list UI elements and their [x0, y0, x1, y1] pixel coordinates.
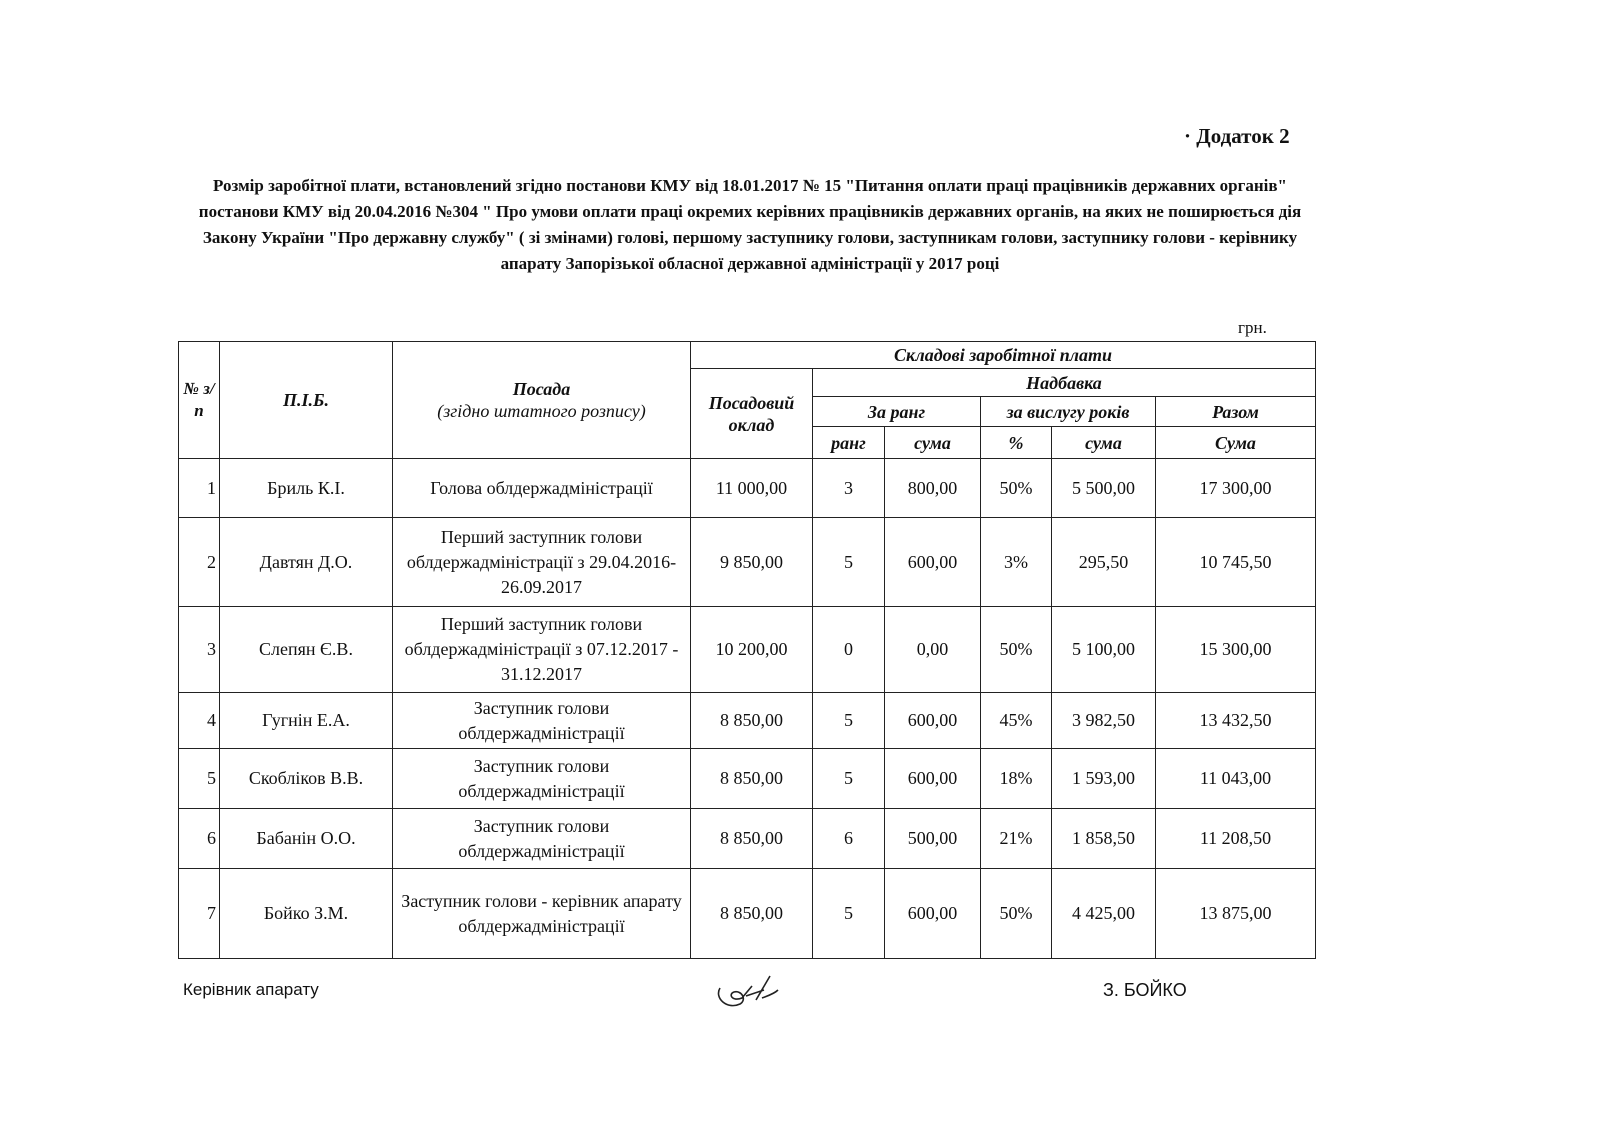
row-rank: 5 — [813, 869, 885, 959]
table-row: 5Скобліков В.В.Заступник голови облдержа… — [179, 749, 1316, 809]
header-rank: ранг — [813, 427, 885, 459]
row-rank: 5 — [813, 518, 885, 607]
row-base-salary: 11 000,00 — [691, 459, 813, 518]
row-base-salary: 9 850,00 — [691, 518, 813, 607]
document-title: Розмір заробітної плати, встановлений зг… — [180, 173, 1320, 277]
row-position: Заступник голови облдержадміністрації — [393, 749, 691, 809]
row-seniority-percent: 21% — [981, 809, 1052, 869]
header-position-subtitle: (згідно штатного розпису) — [396, 400, 687, 422]
row-rank: 5 — [813, 749, 885, 809]
table-row: 6Бабанін О.О.Заступник голови облдержадм… — [179, 809, 1316, 869]
row-rank-sum: 600,00 — [885, 693, 981, 749]
header-rank-sum: сума — [885, 427, 981, 459]
row-rank-sum: 600,00 — [885, 518, 981, 607]
row-seniority-sum: 1 593,00 — [1052, 749, 1156, 809]
row-seniority-sum: 5 500,00 — [1052, 459, 1156, 518]
row-seniority-percent: 50% — [981, 607, 1052, 693]
row-seniority-sum: 4 425,00 — [1052, 869, 1156, 959]
row-position: Заступник голови - керівник апарату облд… — [393, 869, 691, 959]
footer-position: Керівник апарату — [183, 980, 319, 1000]
row-rank: 0 — [813, 607, 885, 693]
signature-icon — [712, 968, 792, 1023]
row-rank-sum: 800,00 — [885, 459, 981, 518]
row-seniority-percent: 45% — [981, 693, 1052, 749]
row-name: Гугнін Е.А. — [220, 693, 393, 749]
row-seniority-sum: 295,50 — [1052, 518, 1156, 607]
row-name: Бабанін О.О. — [220, 809, 393, 869]
currency-unit: грн. — [1238, 318, 1267, 338]
row-num: 2 — [179, 518, 220, 607]
row-name: Бойко З.М. — [220, 869, 393, 959]
row-total: 13 432,50 — [1156, 693, 1316, 749]
row-position: Голова облдержадміністрації — [393, 459, 691, 518]
header-components: Складові заробітної плати — [691, 342, 1316, 369]
row-total: 17 300,00 — [1156, 459, 1316, 518]
row-name: Слепян Є.В. — [220, 607, 393, 693]
header-total-group: Разом — [1156, 397, 1316, 427]
row-rank-sum: 500,00 — [885, 809, 981, 869]
row-seniority-percent: 18% — [981, 749, 1052, 809]
table-row: 4Гугнін Е.А.Заступник голови облдержадмі… — [179, 693, 1316, 749]
header-base-salary: Посадовий оклад — [691, 369, 813, 459]
row-rank-sum: 600,00 — [885, 869, 981, 959]
row-position: Перший заступник голови облдержадміністр… — [393, 518, 691, 607]
header-seniority-group: за вислугу років — [981, 397, 1156, 427]
row-total: 11 043,00 — [1156, 749, 1316, 809]
row-num: 5 — [179, 749, 220, 809]
row-seniority-sum: 3 982,50 — [1052, 693, 1156, 749]
header-position-title: Посада — [396, 378, 687, 400]
row-total: 10 745,50 — [1156, 518, 1316, 607]
row-total: 15 300,00 — [1156, 607, 1316, 693]
salary-table: № з/п П.І.Б. Посада (згідно штатного роз… — [178, 341, 1316, 959]
row-num: 6 — [179, 809, 220, 869]
row-base-salary: 8 850,00 — [691, 749, 813, 809]
row-rank: 6 — [813, 809, 885, 869]
header-percent: % — [981, 427, 1052, 459]
row-seniority-percent: 50% — [981, 459, 1052, 518]
row-base-salary: 8 850,00 — [691, 869, 813, 959]
row-base-salary: 8 850,00 — [691, 809, 813, 869]
row-rank: 3 — [813, 459, 885, 518]
row-position: Заступник голови облдержадміністрації — [393, 693, 691, 749]
header-bonus: Надбавка — [813, 369, 1316, 397]
header-position: Посада (згідно штатного розпису) — [393, 342, 691, 459]
table-row: 2Давтян Д.О.Перший заступник голови облд… — [179, 518, 1316, 607]
row-total: 13 875,00 — [1156, 869, 1316, 959]
row-rank-sum: 600,00 — [885, 749, 981, 809]
header-num: № з/п — [179, 342, 220, 459]
row-num: 7 — [179, 869, 220, 959]
table-row: 1Бриль К.І.Голова облдержадміністрації11… — [179, 459, 1316, 518]
row-num: 1 — [179, 459, 220, 518]
row-total: 11 208,50 — [1156, 809, 1316, 869]
header-name: П.І.Б. — [220, 342, 393, 459]
row-seniority-sum: 1 858,50 — [1052, 809, 1156, 869]
table-row: 3Слепян Є.В.Перший заступник голови облд… — [179, 607, 1316, 693]
appendix-label: · Додаток 2 — [1184, 124, 1290, 149]
row-position: Заступник голови облдержадміністрації — [393, 809, 691, 869]
row-seniority-percent: 3% — [981, 518, 1052, 607]
row-seniority-percent: 50% — [981, 869, 1052, 959]
row-name: Давтян Д.О. — [220, 518, 393, 607]
row-name: Бриль К.І. — [220, 459, 393, 518]
row-num: 3 — [179, 607, 220, 693]
row-rank-sum: 0,00 — [885, 607, 981, 693]
row-rank: 5 — [813, 693, 885, 749]
footer-signatory: З. БОЙКО — [1103, 980, 1187, 1001]
header-total-sum: Сума — [1156, 427, 1316, 459]
row-num: 4 — [179, 693, 220, 749]
row-name: Скобліков В.В. — [220, 749, 393, 809]
header-seniority-sum: сума — [1052, 427, 1156, 459]
row-base-salary: 8 850,00 — [691, 693, 813, 749]
row-seniority-sum: 5 100,00 — [1052, 607, 1156, 693]
header-rank-group: За ранг — [813, 397, 981, 427]
row-base-salary: 10 200,00 — [691, 607, 813, 693]
row-position: Перший заступник голови облдержадміністр… — [393, 607, 691, 693]
table-row: 7Бойко З.М.Заступник голови - керівник а… — [179, 869, 1316, 959]
